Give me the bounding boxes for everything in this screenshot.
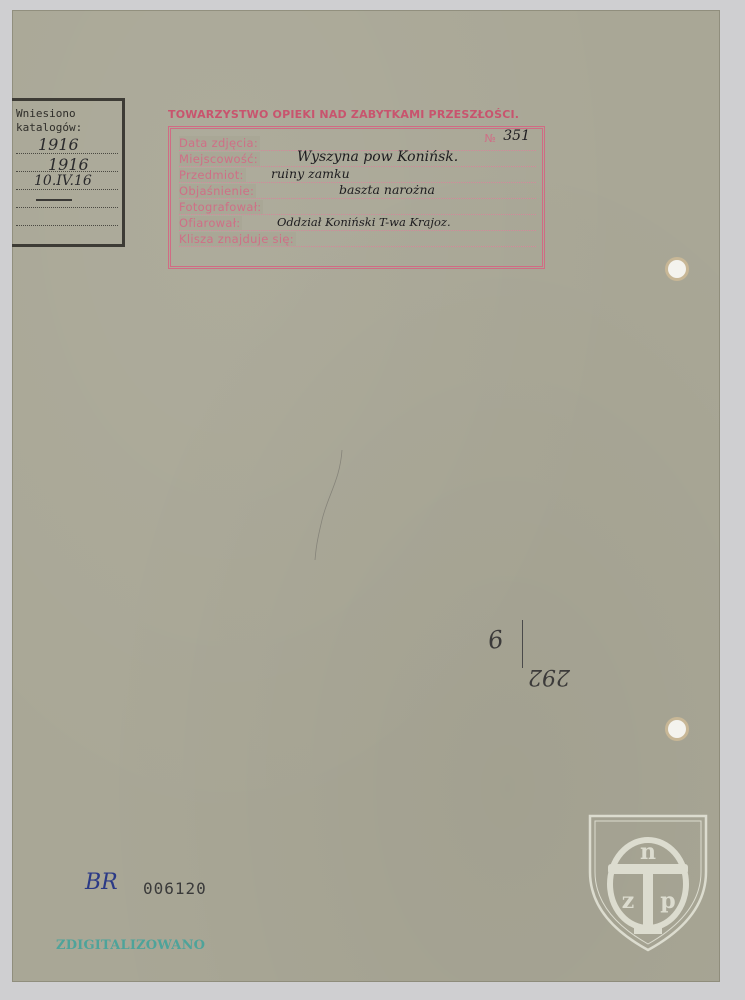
pencil-divider xyxy=(522,620,523,668)
catalog-entry-year-2: 1916 xyxy=(48,155,89,174)
stamp-field-photographer: Fotografował: xyxy=(179,198,536,215)
punch-hole-top xyxy=(668,260,686,278)
catalog-underline xyxy=(36,199,72,201)
catalog-line xyxy=(16,189,118,190)
inventory-number: 006120 xyxy=(143,879,207,898)
collection-code: BR xyxy=(85,870,118,895)
paper-crease xyxy=(312,450,352,560)
punch-hole-bottom xyxy=(668,720,686,738)
nzp-shield-logo-icon: n z p xyxy=(586,812,710,952)
stamp-field-description: Objaśnienie: baszta narożna xyxy=(179,182,536,199)
stamp-field-location: Miejscowość: Wyszyna pow Konińsk. xyxy=(179,150,536,167)
svg-text:z: z xyxy=(622,888,635,914)
svg-text:p: p xyxy=(660,888,675,914)
svg-text:n: n xyxy=(640,839,656,865)
stamp-field-negative-location: Klisza znajduje się: xyxy=(179,230,536,247)
stamp-field-subject: Przedmiot: ruiny zamku xyxy=(179,166,536,183)
stamp-title: TOWARZYSTWO OPIEKI NAD ZABYTKAMI PRZESZŁ… xyxy=(168,108,548,121)
digitized-stamp: ZDIGITALIZOWANO xyxy=(56,938,205,953)
number-value: 351 xyxy=(503,128,530,144)
pencil-note-left: 6 xyxy=(486,625,505,655)
catalog-box-title: Wniesionokatalogów: xyxy=(16,107,82,135)
pencil-note-right: 292 xyxy=(528,664,570,689)
catalog-line xyxy=(16,207,118,208)
document-sheet: Wniesionokatalogów: 1916 1916 10.IV.16 T… xyxy=(12,10,720,982)
catalog-entry-date: 10.IV.16 xyxy=(34,173,92,189)
catalog-line xyxy=(16,225,118,226)
number-label: № xyxy=(485,132,496,145)
society-stamp: Data zdjęcia: № 351 Miejscowość: Wyszyna… xyxy=(168,126,545,269)
stamp-field-donor: Ofiarował: Oddział Koniński T-wa Krajoz. xyxy=(179,214,536,231)
catalog-entry-box: Wniesionokatalogów: 1916 1916 10.IV.16 xyxy=(12,98,125,247)
catalog-entry-year-1: 1916 xyxy=(38,135,79,154)
